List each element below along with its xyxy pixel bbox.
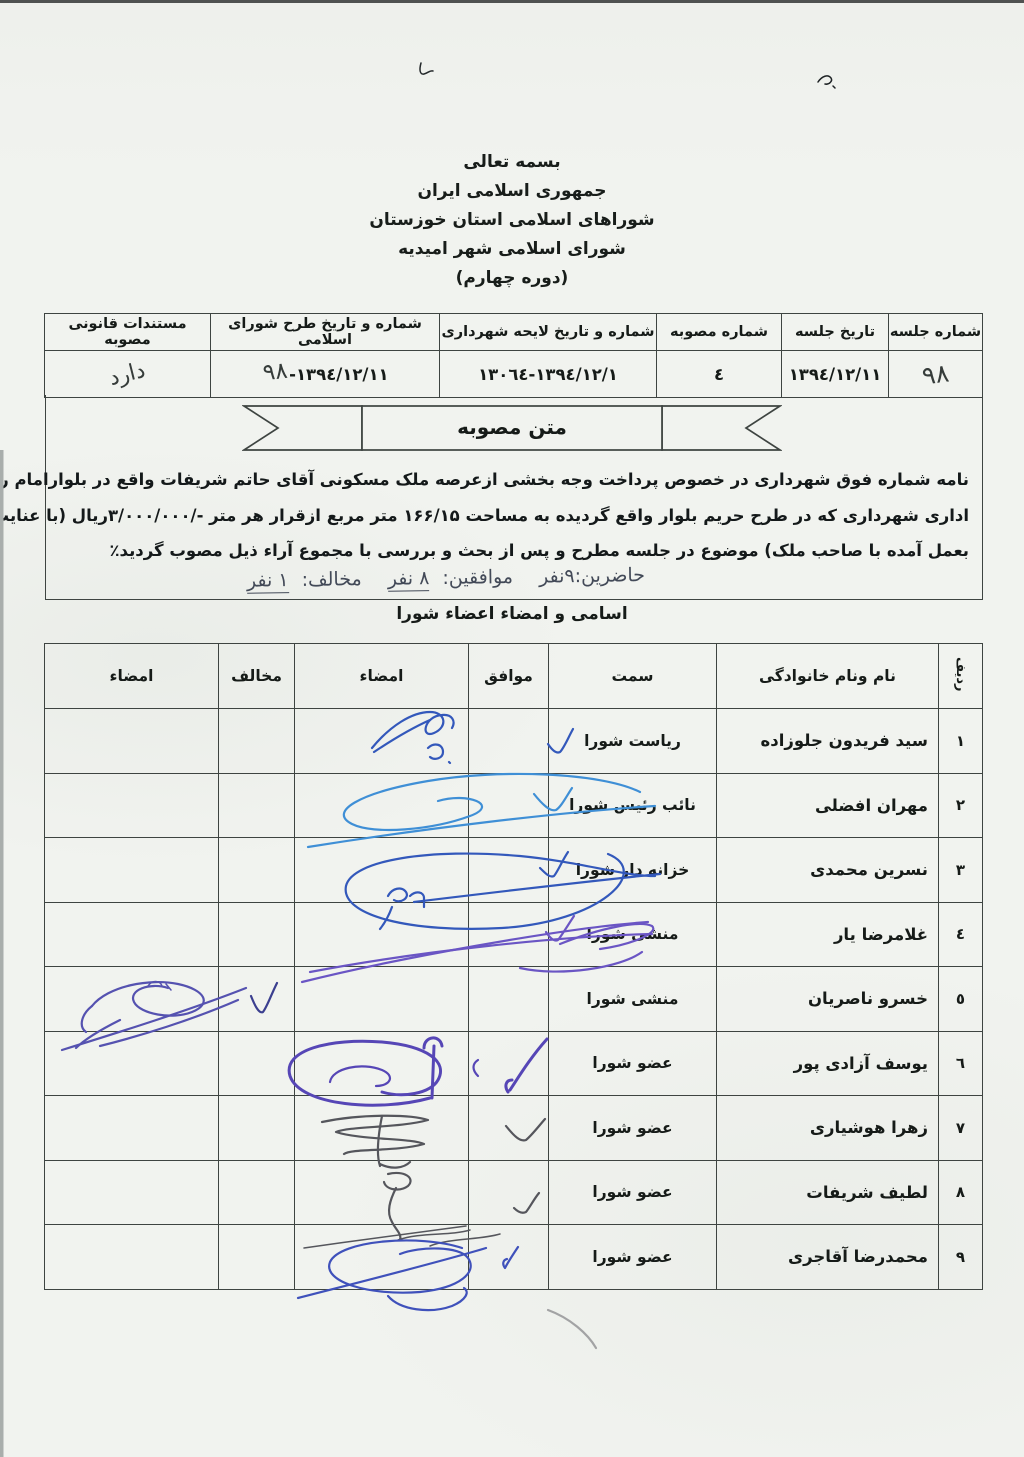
position-header: سمت	[549, 644, 717, 709]
session-date-header: تاریخ جلسه	[782, 314, 889, 351]
legal-docs-value: دارد	[45, 351, 211, 398]
member-1-agree-cell	[469, 709, 549, 774]
member-row-6: ٦ یوسف آزادی پور عضو شورا	[45, 1031, 983, 1096]
member-5-oppose-cell	[219, 967, 295, 1032]
member-5-signature-left-cell	[45, 967, 219, 1032]
legal-docs-header: مستندات قانونی مصوبه	[45, 314, 211, 351]
country-line: جمهوری اسلامی ایران	[0, 177, 1024, 206]
agree-label: موافقین:	[442, 566, 513, 589]
member-4-agree-cell	[469, 902, 549, 967]
resolution-line-1: نامه شماره فوق شهرداری در خصوص پرداخت وج…	[55, 462, 969, 498]
member-row-8: ٨ لطیف شریفات عضو شورا	[45, 1160, 983, 1225]
present-count: حاضرین:٩نفر	[539, 564, 645, 587]
member-7-no: ٧	[939, 1096, 983, 1161]
member-9-agree-cell	[469, 1225, 549, 1290]
agree-header: موافق	[469, 644, 549, 709]
council-plan-header: شماره و تاریخ طرح شورای اسلامی	[211, 314, 440, 351]
oppose-count: ١ نفر	[247, 569, 289, 594]
council-plan-printed-date: ١٣٩٤/١٢/١١-	[289, 365, 388, 384]
name-header: نام ونام خانوادگی	[717, 644, 939, 709]
member-7-position: عضو شورا	[549, 1096, 717, 1161]
member-4-oppose-cell	[219, 902, 295, 967]
member-5-no: ٥	[939, 967, 983, 1032]
resolution-banner-title: متن مصوبه	[242, 403, 782, 453]
member-7-agree-cell	[469, 1096, 549, 1161]
member-8-signature-cell	[295, 1160, 469, 1225]
member-row-5: ٥ خسرو ناصریان منشی شورا	[45, 967, 983, 1032]
member-3-position: خزانه دار شورا	[549, 838, 717, 903]
scan-left-strip	[0, 450, 4, 1457]
row-no-header: ردیف	[939, 644, 983, 709]
member-3-signature-cell	[295, 838, 469, 903]
ink-mark-2	[473, 84, 479, 92]
members-table: ردیف نام ونام خانوادگی سمت موافق امضاء م…	[44, 643, 983, 1290]
member-7-oppose-cell	[219, 1096, 295, 1161]
member-4-no: ٤	[939, 902, 983, 967]
member-9-name: محمدرضا آقاجری	[717, 1225, 939, 1290]
member-9-oppose-cell	[219, 1225, 295, 1290]
oppose-header: مخالف	[219, 644, 295, 709]
member-6-oppose-cell	[219, 1031, 295, 1096]
member-3-oppose-cell	[219, 838, 295, 903]
member-1-name: سید فریدون جلوزاده	[717, 709, 939, 774]
member-2-agree-cell	[469, 773, 549, 838]
oppose-label: مخالف:	[301, 568, 361, 591]
member-2-name: مهران افضلی	[717, 773, 939, 838]
handwritten-darad: دارد	[107, 357, 148, 390]
member-1-no: ١	[939, 709, 983, 774]
member-5-position: منشی شورا	[549, 967, 717, 1032]
agree-count: ٨ نفر	[388, 567, 430, 592]
member-8-name: لطیف شریفات	[717, 1160, 939, 1225]
ink-mark-3	[753, 65, 766, 79]
member-7-signature-cell	[295, 1096, 469, 1161]
member-row-4: ٤ غلامرضا یار منشی شورا	[45, 902, 983, 967]
member-1-signature-left-cell	[45, 709, 219, 774]
scanned-document-page: بسمه تعالی جمهوری اسلامی ایران شوراهای ا…	[0, 0, 1024, 1457]
handwritten-session-number: ٩٨	[920, 358, 950, 390]
members-header-row: ردیف نام ونام خانوادگی سمت موافق امضاء م…	[45, 644, 983, 709]
resolution-line-2: اداری شهرداری که در طرح حریم بلوار واقع …	[55, 498, 969, 534]
resolution-banner: متن مصوبه	[242, 403, 782, 453]
member-6-position: عضو شورا	[549, 1031, 717, 1096]
member-9-signature-cell	[295, 1225, 469, 1290]
handwritten-plan-number: ٩٨	[262, 358, 289, 386]
member-6-signature-cell	[295, 1031, 469, 1096]
province-council-line: شوراهای اسلامی استان خوزستان	[0, 206, 1024, 235]
member-8-agree-cell	[469, 1160, 549, 1225]
resolution-no-value: ٤	[657, 351, 782, 398]
member-row-7: ٧ زهرا هوشیاری عضو شورا	[45, 1096, 983, 1161]
scan-top-edge	[0, 0, 1024, 3]
member-7-signature-left-cell	[45, 1096, 219, 1161]
member-5-signature-cell	[295, 967, 469, 1032]
municipality-bill-value: ١٣٩٤/١٢/١-١٣٠٦٤	[440, 351, 657, 398]
session-info-table: شماره جلسه تاریخ جلسه شماره مصوبه شماره …	[44, 313, 983, 398]
member-9-signature-left-cell	[45, 1225, 219, 1290]
resolution-no-header: شماره مصوبه	[657, 314, 782, 351]
ink-stroke	[548, 1310, 596, 1348]
bismillah-line: بسمه تعالی	[0, 148, 1024, 177]
member-5-agree-cell	[469, 967, 549, 1032]
member-4-position: منشی شورا	[549, 902, 717, 967]
city-council-line: شورای اسلامی شهر امیدیه	[0, 235, 1024, 264]
member-6-name: یوسف آزادی پور	[717, 1031, 939, 1096]
info-header-row: شماره جلسه تاریخ جلسه شماره مصوبه شماره …	[45, 314, 983, 351]
document-header: بسمه تعالی جمهوری اسلامی ایران شوراهای ا…	[0, 148, 1024, 293]
term-line: (دوره چهارم)	[0, 264, 1024, 293]
ink-mark-4	[818, 76, 835, 88]
session-no-value: ٩٨	[889, 351, 983, 398]
member-8-no: ٨	[939, 1160, 983, 1225]
member-3-signature-left-cell	[45, 838, 219, 903]
member-row-1: ١ سید فریدون جلوزاده ریاست شورا	[45, 709, 983, 774]
member-row-3: ٣ نسرین محمدی خزانه دار شورا	[45, 838, 983, 903]
member-2-no: ٢	[939, 773, 983, 838]
member-5-name: خسرو ناصریان	[717, 967, 939, 1032]
member-8-position: عضو شورا	[549, 1160, 717, 1225]
member-3-agree-cell	[469, 838, 549, 903]
member-7-name: زهرا هوشیاری	[717, 1096, 939, 1161]
member-6-agree-cell	[469, 1031, 549, 1096]
member-1-position: ریاست شورا	[549, 709, 717, 774]
signature-header: امضاء	[295, 644, 469, 709]
member-3-no: ٣	[939, 838, 983, 903]
member-2-oppose-cell	[219, 773, 295, 838]
municipality-bill-header: شماره و تاریخ لایحه شهرداری	[440, 314, 657, 351]
session-no-header: شماره جلسه	[889, 314, 983, 351]
member-3-name: نسرین محمدی	[717, 838, 939, 903]
member-9-no: ٩	[939, 1225, 983, 1290]
member-row-2: ٢ مهران افضلی نائب رئیس شورا	[45, 773, 983, 838]
member-1-signature-cell	[295, 709, 469, 774]
ink-stroke	[388, 1288, 467, 1310]
member-9-position: عضو شورا	[549, 1225, 717, 1290]
ink-mark-1	[420, 63, 433, 74]
member-2-position: نائب رئیس شورا	[549, 773, 717, 838]
council-plan-value: ١٣٩٤/١٢/١١- ٩٨	[211, 351, 440, 398]
resolution-text: نامه شماره فوق شهرداری در خصوص پرداخت وج…	[55, 462, 969, 569]
member-4-signature-left-cell	[45, 902, 219, 967]
session-date-value: ١٣٩٤/١٢/١١	[782, 351, 889, 398]
member-8-signature-left-cell	[45, 1160, 219, 1225]
members-section-title: اسامی و امضاء اعضاء شورا	[0, 604, 1024, 624]
member-6-no: ٦	[939, 1031, 983, 1096]
member-1-oppose-cell	[219, 709, 295, 774]
info-value-row: ٩٨ ١٣٩٤/١٢/١١ ٤ ١٣٩٤/١٢/١-١٣٠٦٤ ١٣٩٤/١٢/…	[45, 351, 983, 398]
member-row-9: ٩ محمدرضا آقاجری عضو شورا	[45, 1225, 983, 1290]
member-6-signature-left-cell	[45, 1031, 219, 1096]
member-4-signature-cell	[295, 902, 469, 967]
signature-left-header: امضاء	[45, 644, 219, 709]
member-4-name: غلامرضا یار	[717, 902, 939, 967]
member-8-oppose-cell	[219, 1160, 295, 1225]
member-2-signature-left-cell	[45, 773, 219, 838]
member-2-signature-cell	[295, 773, 469, 838]
